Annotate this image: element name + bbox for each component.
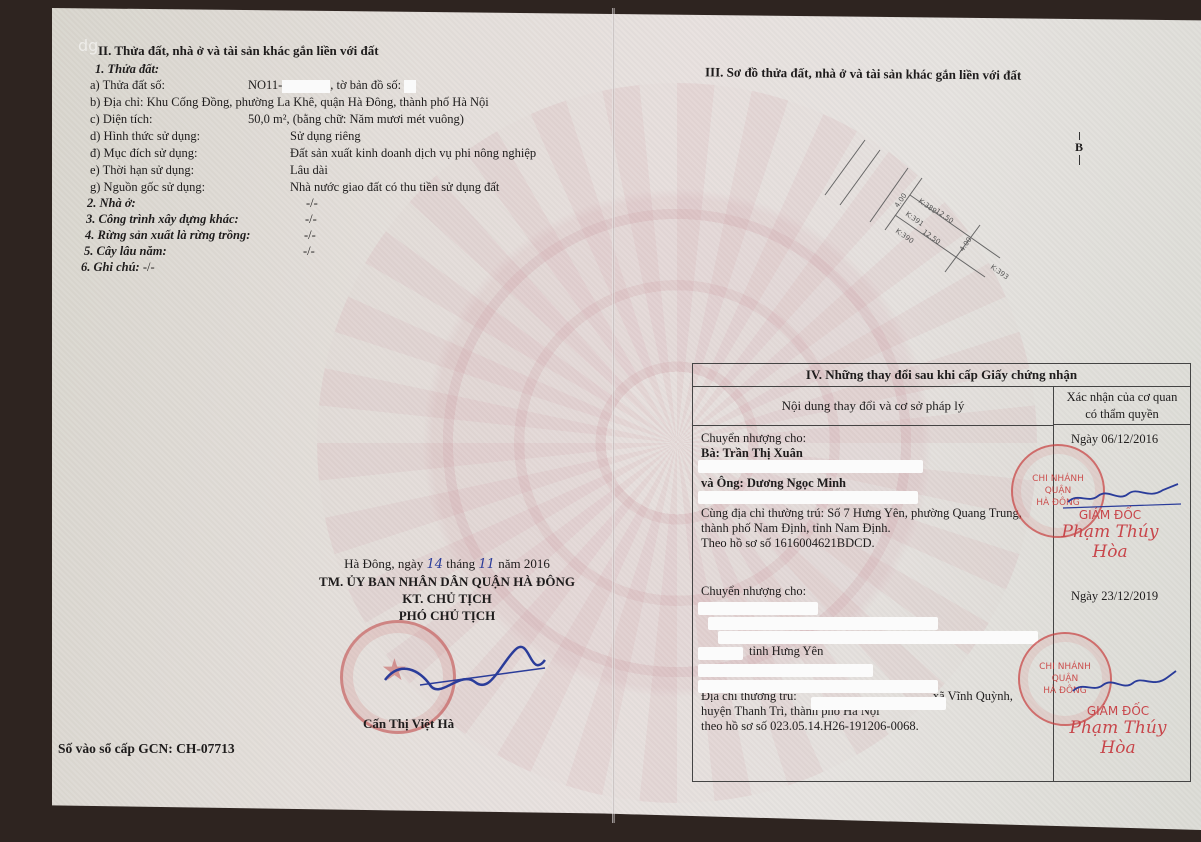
redaction — [404, 80, 416, 93]
address-line-2: thành phố Nam Định, tỉnh Nam Định. — [701, 521, 1051, 536]
usage-form-row: d) Hình thức sử dụng:Sử dụng riêng — [90, 129, 361, 144]
signer-name: Cấn Thị Việt Hà — [363, 716, 454, 732]
file-number: theo hồ sơ số 023.05.14.H26-191206-0068. — [701, 719, 1051, 734]
usage-term-label: e) Thời hạn sử dụng: — [90, 163, 290, 178]
redaction — [698, 602, 818, 615]
north-arrow: B — [1072, 132, 1086, 165]
north-label: B — [1072, 140, 1086, 155]
handwritten-signature — [380, 640, 550, 710]
area-in-words: , (bằng chữ: Năm mươi mét vuông) — [286, 112, 463, 126]
svg-text:12.50: 12.50 — [921, 228, 942, 246]
address-row: b) Địa chỉ: Khu Cống Đồng, phường La Khê… — [90, 95, 489, 110]
redaction — [282, 80, 330, 93]
changes-table: IV. Những thay đổi sau khi cấp Giấy chứn… — [692, 363, 1191, 782]
party-2: và Ông: Dương Ngọc Minh — [701, 476, 1051, 491]
perennial-trees-value: -/- — [303, 244, 315, 259]
svg-text:K:393: K:393 — [989, 263, 1010, 281]
notes-row: 6. Ghi chú: -/- — [81, 260, 155, 275]
register-value: CH-07713 — [176, 741, 235, 756]
parcel-number-value: NO11- — [248, 78, 282, 92]
director-block-1: GIÁM ĐỐC Phạm Thúy Hòa — [1045, 508, 1175, 562]
usage-form-label: d) Hình thức sử dụng: — [90, 129, 290, 144]
changes-title: IV. Những thay đổi sau khi cấp Giấy chứn… — [693, 364, 1190, 387]
parcel-diagram: K:389 12.50 K:391 4.00 12.50 K:390 4.00 … — [810, 120, 1110, 300]
parcel-number-row: a) Thửa đất số:NO11-, tờ bản đồ số: — [90, 78, 416, 93]
confirmation-date-2: Ngày 23/12/2019 — [1071, 589, 1158, 604]
address-line-1: Cùng địa chỉ thường trú: Số 7 Hưng Yên, … — [701, 506, 1051, 521]
other-construction-value: -/- — [305, 212, 317, 227]
file-number: Theo hồ sơ số 1616004621BDCD. — [701, 536, 1051, 551]
column-header-content: Nội dung thay đổi và cơ sở pháp lý — [693, 387, 1054, 426]
usage-purpose-row: đ) Mục đích sử dụng:Đất sản xuất kinh do… — [90, 146, 536, 161]
area-label: c) Diện tích: — [90, 112, 248, 127]
entry-heading: Chuyển nhượng cho: — [701, 431, 1051, 446]
perennial-trees-label: 5. Cây lâu năm: — [84, 244, 167, 259]
party-1: Bà: Trần Thị Xuân — [701, 446, 1051, 461]
province-line: tỉnh Hưng Yên — [701, 644, 1051, 659]
address-label: b) Địa chỉ: — [90, 95, 143, 109]
redaction — [698, 647, 743, 660]
column-header-confirmation: Xác nhận của cơ quan có thẩm quyền — [1054, 387, 1190, 425]
area-row: c) Diện tích:50,0 m², (bằng chữ: Năm mươ… — [90, 112, 464, 127]
register-label: Số vào sổ cấp GCN: — [58, 741, 173, 756]
issue-day: 14 — [426, 557, 443, 572]
director-block-2: GIÁM ĐỐC Phạm Thúy Hòa — [1053, 704, 1183, 758]
usage-purpose-label: đ) Mục đích sử dụng: — [90, 146, 290, 161]
usage-form-value: Sử dụng riêng — [290, 129, 361, 143]
signer-role-2: PHÓ CHỦ TỊCH — [282, 607, 612, 624]
director-name: Phạm Thúy Hòa — [1053, 718, 1183, 758]
director-title: GIÁM ĐỐC — [1053, 704, 1183, 718]
house-label: 2. Nhà ở: — [87, 196, 136, 211]
parcel-number-label: a) Thửa đất số: — [90, 78, 248, 93]
notes-label: 6. Ghi chú: — [81, 260, 140, 274]
section-ii-title: II. Thửa đất, nhà ở và tài sản khác gắn … — [98, 43, 379, 59]
house-value: -/- — [306, 196, 318, 211]
planted-forest-label: 4. Rừng sản xuất là rừng trồng: — [85, 228, 250, 243]
issuing-organization: TM. ỦY BAN NHÂN DÂN QUẬN HÀ ĐÔNG — [282, 573, 612, 590]
map-sheet-label: , tờ bản đồ số: — [330, 78, 401, 92]
usage-term-value: Lâu dài — [290, 163, 328, 177]
issue-month: 11 — [478, 557, 495, 572]
section-iii-title: III. Sơ đồ thửa đất, nhà ở và tài sản kh… — [705, 64, 1021, 83]
notes-value: -/- — [143, 260, 155, 274]
address-value: Khu Cống Đồng, phường La Khê, quận Hà Đô… — [147, 95, 489, 109]
parcel-heading: 1. Thửa đất: — [95, 62, 159, 77]
confirmation-date-1: Ngày 06/12/2016 — [1071, 432, 1158, 447]
redaction — [718, 631, 1038, 644]
svg-text:K:390: K:390 — [894, 227, 915, 245]
issue-date-line: Hà Đông, ngày 14 tháng 11 năm 2016 — [282, 555, 612, 573]
redaction — [811, 697, 946, 710]
parcel-sketch: K:389 12.50 K:391 4.00 12.50 K:390 4.00 … — [810, 120, 1110, 300]
signer-role-1: KT. CHỦ TỊCH — [282, 590, 612, 607]
usage-origin-value: Nhà nước giao đất có thu tiền sử dụng đấ… — [290, 180, 499, 194]
usage-term-row: e) Thời hạn sử dụng:Lâu dài — [90, 163, 328, 178]
planted-forest-value: -/- — [304, 228, 316, 243]
director-name: Phạm Thúy Hòa — [1045, 522, 1175, 562]
entry-heading: Chuyển nhượng cho: — [701, 584, 1051, 599]
redaction — [698, 664, 873, 677]
other-construction-label: 3. Công trình xây dựng khác: — [86, 212, 239, 227]
redaction — [708, 617, 938, 630]
redaction — [698, 491, 918, 504]
director-title: GIÁM ĐỐC — [1045, 508, 1175, 522]
svg-text:K:391: K:391 — [904, 210, 925, 228]
usage-origin-label: g) Nguồn gốc sử dụng: — [90, 180, 290, 195]
page-fold — [612, 8, 615, 823]
site-watermark: dg — [78, 36, 98, 55]
usage-origin-row: g) Nguồn gốc sử dụng:Nhà nước giao đất c… — [90, 180, 499, 195]
register-number-row: Số vào sổ cấp GCN: CH-07713 — [58, 741, 235, 757]
area-value: 50,0 m² — [248, 112, 286, 126]
redaction — [698, 680, 938, 693]
issuer-signature-block: Hà Đông, ngày 14 tháng 11 năm 2016 TM. Ủ… — [282, 555, 612, 624]
usage-purpose-value: Đất sản xuất kinh doanh dịch vụ phi nông… — [290, 146, 536, 160]
confirmation-signature-2 — [1068, 669, 1178, 699]
redaction — [698, 460, 923, 473]
svg-text:12.50: 12.50 — [934, 207, 955, 225]
